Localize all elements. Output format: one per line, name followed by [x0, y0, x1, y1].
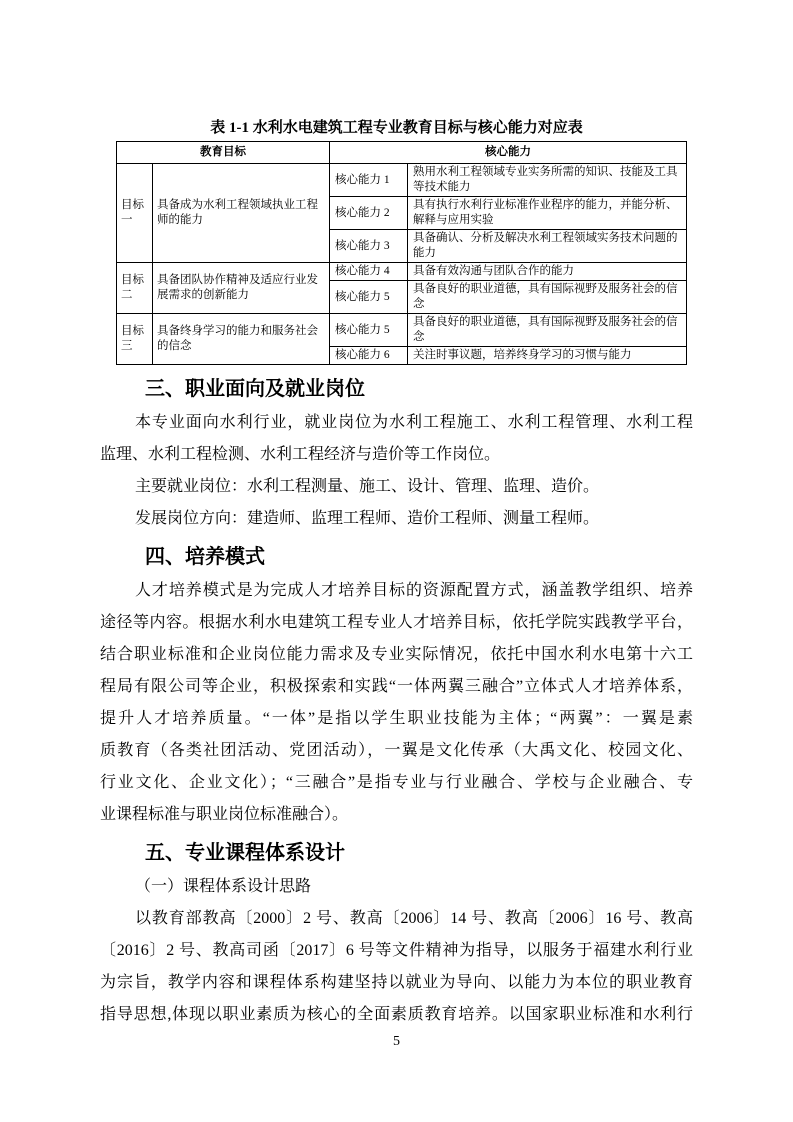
- document-page: 表 1-1 水利水电建筑工程专业教育目标与核心能力对应表 教育目标 核心能力 目…: [0, 0, 793, 1122]
- table-header-row: 教育目标 核心能力: [117, 142, 686, 164]
- body-line: 为宗旨，教学内容和课程体系构建坚持以就业为导向、以能力为本位的职业教育: [100, 967, 693, 999]
- body-line: 行业文化、企业文化）；“三融合”是指专业与行业融合、学校与企业融合、专: [100, 767, 693, 799]
- section-heading-curriculum: 五、专业课程体系设计: [100, 839, 693, 867]
- ability-text-cell: 具备有效沟通与团队合作的能力: [408, 263, 686, 280]
- ability-label-cell: 核心能力 4: [330, 263, 408, 280]
- body-line: 提升人才培养质量。“一体”是指以学生职业技能为主体；“两翼”：一翼是素: [100, 703, 693, 735]
- section-body: 以教育部教高〔2000〕2 号、教高〔2006〕14 号、教高〔2006〕16 …: [100, 903, 693, 1031]
- ability-text-cell: 关注时事议题，培养终身学习的习惯与能力: [408, 347, 686, 364]
- ability-text-cell: 具备良好的职业道德，具有国际视野及服务社会的信念: [408, 314, 686, 346]
- body-line: 〔2016〕2 号、教高司函〔2017〕6 号等文件精神为指导，以服务于福建水利…: [100, 935, 693, 967]
- section-curriculum-design: 五、专业课程体系设计 （一）课程体系设计思路 以教育部教高〔2000〕2 号、教…: [100, 839, 693, 1031]
- section-career-orientation: 三、职业面向及就业岗位 本专业面向水利行业，就业岗位为水利工程施工、水利工程管理…: [100, 375, 693, 535]
- section-body: 本专业面向水利行业，就业岗位为水利工程施工、水利工程管理、水利工程监理、水利工程…: [100, 407, 693, 535]
- table-body: 目标一 具备成为水利工程领域执业工程师的能力 核心能力 1 熟用水利工程领域专业…: [117, 164, 686, 364]
- section-heading-training-mode: 四、培养模式: [100, 543, 693, 571]
- ability-label-cell: 核心能力 3: [330, 230, 408, 262]
- goal-text-cell: 具备团队协作精神及适应行业发展需求的创新能力: [153, 263, 330, 313]
- subsection-heading-design-approach: （一）课程体系设计思路: [100, 871, 693, 903]
- body-line: 结合职业标准和企业岗位能力需求及专业实际情况，依托中国水利水电第十六工: [100, 639, 693, 671]
- ability-row: 核心能力 3 具备确认、分析及解决水利工程领域实务技术问题的能力: [330, 230, 686, 262]
- table-title: 表 1-1 水利水电建筑工程专业教育目标与核心能力对应表: [100, 118, 693, 138]
- ability-row: 核心能力 2 具有执行水利行业标准作业程序的能力，并能分析、解释与应用实验: [330, 197, 686, 230]
- section-training-mode: 四、培养模式 人才培养模式是为完成人才培养目标的资源配置方式，涵盖教学组织、培养…: [100, 543, 693, 831]
- ability-label-cell: 核心能力 2: [330, 197, 408, 229]
- body-line: 途径等内容。根据水利水电建筑工程专业人才培养目标，依托学院实践教学平台，: [100, 607, 693, 639]
- page-number: 5: [0, 1032, 793, 1052]
- ability-row: 核心能力 6 关注时事议题，培养终身学习的习惯与能力: [330, 347, 686, 364]
- section-body: 人才培养模式是为完成人才培养目标的资源配置方式，涵盖教学组织、培养途径等内容。根…: [100, 575, 693, 831]
- goal-text-cell: 具备成为水利工程领域执业工程师的能力: [153, 164, 330, 262]
- body-line: 指导思想,体现以职业素质为核心的全面素质教育培养。以国家职业标准和水利行: [100, 999, 693, 1031]
- goal-group-row: 目标二 具备团队协作精神及适应行业发展需求的创新能力 核心能力 4 具备有效沟通…: [117, 263, 686, 314]
- education-goals-table: 教育目标 核心能力 目标一 具备成为水利工程领域执业工程师的能力 核心能力 1 …: [116, 141, 687, 365]
- body-line: 程局有限公司等企业，积极探索和实践“一体两翼三融合”立体式人才培养体系，: [100, 671, 693, 703]
- goal-label-cell: 目标二: [117, 263, 153, 313]
- goal-group-row: 目标一 具备成为水利工程领域执业工程师的能力 核心能力 1 熟用水利工程领域专业…: [117, 164, 686, 263]
- ability-label-cell: 核心能力 5: [330, 281, 408, 313]
- ability-row: 核心能力 4 具备有效沟通与团队合作的能力: [330, 263, 686, 281]
- body-line: 监理、水利工程检测、水利工程经济与造价等工作岗位。: [100, 439, 693, 471]
- ability-row: 核心能力 1 熟用水利工程领域专业实务所需的知识、技能及工具等技术能力: [330, 164, 686, 197]
- goal-group-row: 目标三 具备终身学习的能力和服务社会的信念 核心能力 5 具备良好的职业道德，具…: [117, 314, 686, 364]
- body-line: 本专业面向水利行业，就业岗位为水利工程施工、水利工程管理、水利工程: [100, 407, 693, 439]
- goal-label-cell: 目标三: [117, 314, 153, 364]
- body-line: 主要就业岗位：水利工程测量、施工、设计、管理、监理、造价。: [100, 471, 693, 503]
- ability-text-cell: 具备确认、分析及解决水利工程领域实务技术问题的能力: [408, 230, 686, 262]
- ability-label-cell: 核心能力 1: [330, 164, 408, 196]
- ability-row: 核心能力 5 具备良好的职业道德，具有国际视野及服务社会的信念: [330, 281, 686, 313]
- ability-label-cell: 核心能力 5: [330, 314, 408, 346]
- body-line: 以教育部教高〔2000〕2 号、教高〔2006〕14 号、教高〔2006〕16 …: [100, 903, 693, 935]
- body-line: 业课程标准与职业岗位标准融合）。: [100, 799, 693, 831]
- ability-text-cell: 熟用水利工程领域专业实务所需的知识、技能及工具等技术能力: [408, 164, 686, 196]
- abilities-column: 核心能力 1 熟用水利工程领域专业实务所需的知识、技能及工具等技术能力 核心能力…: [330, 164, 686, 262]
- abilities-column: 核心能力 5 具备良好的职业道德，具有国际视野及服务社会的信念 核心能力 6 关…: [330, 314, 686, 364]
- goal-label-cell: 目标一: [117, 164, 153, 262]
- ability-text-cell: 具有执行水利行业标准作业程序的能力，并能分析、解释与应用实验: [408, 197, 686, 229]
- table-header-education-goals: 教育目标: [117, 142, 330, 163]
- body-line: 质教育（各类社团活动、党团活动），一翼是文化传承（大禹文化、校园文化、: [100, 735, 693, 767]
- body-line: 人才培养模式是为完成人才培养目标的资源配置方式，涵盖教学组织、培养: [100, 575, 693, 607]
- page-content: 表 1-1 水利水电建筑工程专业教育目标与核心能力对应表 教育目标 核心能力 目…: [100, 118, 693, 1031]
- table-header-core-abilities: 核心能力: [330, 142, 686, 163]
- abilities-column: 核心能力 4 具备有效沟通与团队合作的能力 核心能力 5 具备良好的职业道德，具…: [330, 263, 686, 313]
- body-line: 发展岗位方向：建造师、监理工程师、造价工程师、测量工程师。: [100, 503, 693, 535]
- section-heading-career: 三、职业面向及就业岗位: [100, 375, 693, 403]
- ability-label-cell: 核心能力 6: [330, 347, 408, 364]
- ability-row: 核心能力 5 具备良好的职业道德，具有国际视野及服务社会的信念: [330, 314, 686, 347]
- goal-text-cell: 具备终身学习的能力和服务社会的信念: [153, 314, 330, 364]
- ability-text-cell: 具备良好的职业道德，具有国际视野及服务社会的信念: [408, 281, 686, 313]
